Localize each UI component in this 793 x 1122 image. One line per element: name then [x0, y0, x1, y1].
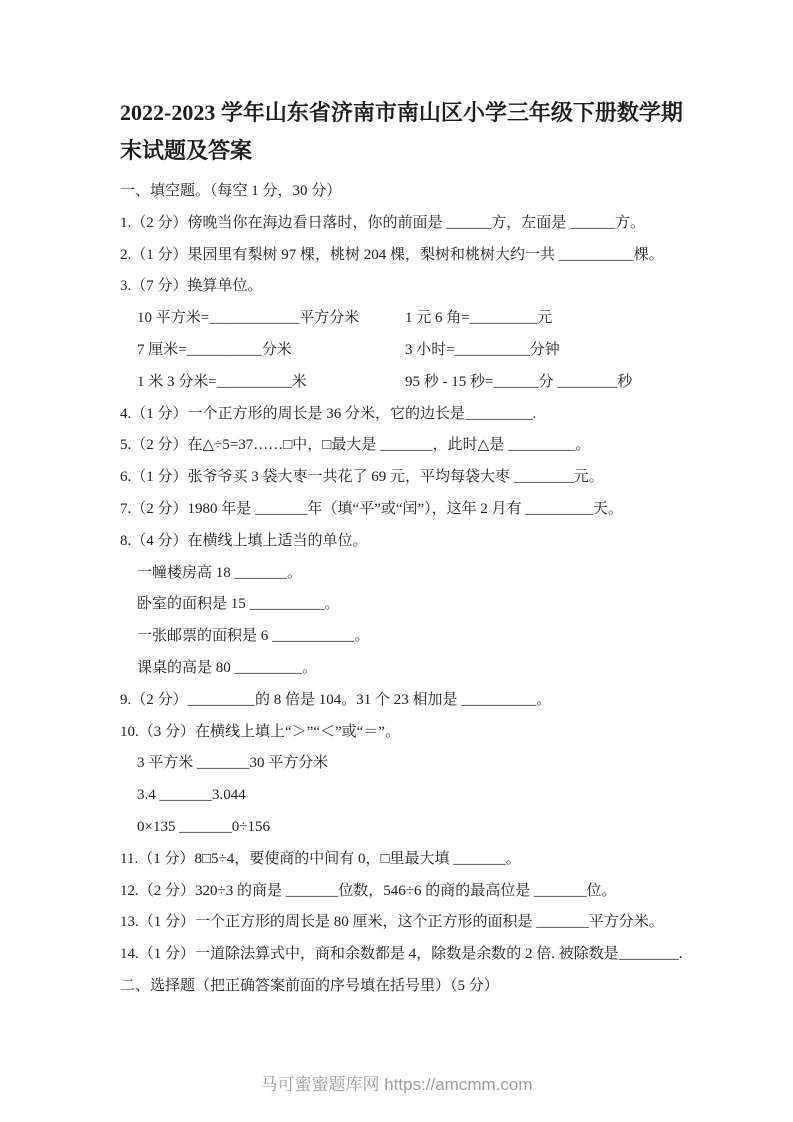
section-heading-choice: 二、选择题（把正确答案前面的序号填在括号里）（5 分）	[120, 971, 682, 1003]
conversion-row-1: 10 平方米=____________平方分米1 元 6 角=_________…	[120, 303, 682, 335]
question-10-item-1: 3 平方米 _______30 平方分米	[120, 748, 682, 780]
question-8-item-4: 课桌的高是 80 _________。	[120, 653, 682, 685]
footer-watermark: 马可蜜蜜题库网 https://amcmm.com	[0, 1072, 793, 1098]
question-13: 13.（1 分）一个正方形的周长是 80 厘米，这个正方形的面积是 ______…	[120, 907, 682, 939]
question-8-item-1: 一幢楼房高 18 _______。	[120, 558, 682, 590]
question-8-item-3: 一张邮票的面积是 6 ___________。	[120, 621, 682, 653]
question-1: 1.（2 分）傍晚当你在海边看日落时，你的前面是 ______方，左面是 ___…	[120, 208, 682, 240]
question-14: 14.（1 分）一道除法算式中，商和余数都是 4，除数是余数的 2 倍. 被除数…	[120, 939, 682, 971]
question-6: 6.（1 分）张爷爷买 3 袋大枣一共花了 69 元，平均每袋大枣 ______…	[120, 462, 682, 494]
page-title-line-1: 2022-2023 学年山东省济南市南山区小学三年级下册数学期	[120, 94, 682, 132]
question-12: 12.（2 分）320÷3 的商是 _______位数，546÷6 的商的最高位…	[120, 876, 682, 908]
question-list: 一、填空题。（每空 1 分，30 分）1.（2 分）傍晚当你在海边看日落时，你的…	[120, 176, 682, 1003]
conversion-row-3-right: 95 秒 - 15 秒=______分 ________秒	[405, 367, 632, 399]
exam-document-page: 2022-2023 学年山东省济南市南山区小学三年级下册数学期 末试题及答案 一…	[0, 0, 793, 1122]
conversion-row-1-right: 1 元 6 角=_________元	[405, 303, 552, 335]
question-11: 11.（1 分）8□5÷4，要使商的中间有 0，□里最大填 _______。	[120, 844, 682, 876]
exam-content: 2022-2023 学年山东省济南市南山区小学三年级下册数学期 末试题及答案 一…	[120, 94, 682, 1003]
conversion-row-3: 1 米 3 分米=__________米95 秒 - 15 秒=______分 …	[120, 367, 682, 399]
question-5: 5.（2 分）在△÷5=37……□中，□最大是 _______，此时△是 ___…	[120, 430, 682, 462]
question-10: 10.（3 分）在横线上填上“＞”“＜”或“＝”。	[120, 717, 682, 749]
question-2: 2.（1 分）果园里有梨树 97 棵，桃树 204 棵，梨树和桃树大约一共 __…	[120, 240, 682, 272]
question-10-item-3: 0×135 _______0÷156	[120, 812, 682, 844]
conversion-row-2-left: 7 厘米=__________分米	[137, 335, 405, 367]
section-heading-fill-in: 一、填空题。（每空 1 分，30 分）	[120, 176, 682, 208]
conversion-row-3-left: 1 米 3 分米=__________米	[137, 367, 405, 399]
question-7: 7.（2 分）1980 年是 _______年（填“平”或“闰”），这年 2 月…	[120, 494, 682, 526]
question-9: 9.（2 分）_________的 8 倍是 104。31 个 23 相加是 _…	[120, 685, 682, 717]
page-title: 2022-2023 学年山东省济南市南山区小学三年级下册数学期 末试题及答案	[120, 94, 682, 170]
question-4: 4.（1 分）一个正方形的周长是 36 分米，它的边长是_________.	[120, 399, 682, 431]
footer-watermark-text: 马可蜜蜜题库网 https://amcmm.com	[260, 1075, 532, 1094]
conversion-row-2: 7 厘米=__________分米3 小时=__________分钟	[120, 335, 682, 367]
conversion-row-2-right: 3 小时=__________分钟	[405, 335, 560, 367]
conversion-row-1-left: 10 平方米=____________平方分米	[137, 303, 405, 335]
page-title-line-2: 末试题及答案	[120, 132, 682, 170]
question-8-item-2: 卧室的面积是 15 __________。	[120, 589, 682, 621]
question-10-item-2: 3.4 _______3.044	[120, 780, 682, 812]
question-8: 8.（4 分）在横线上填上适当的单位。	[120, 526, 682, 558]
question-3: 3.（7 分）换算单位。	[120, 271, 682, 303]
